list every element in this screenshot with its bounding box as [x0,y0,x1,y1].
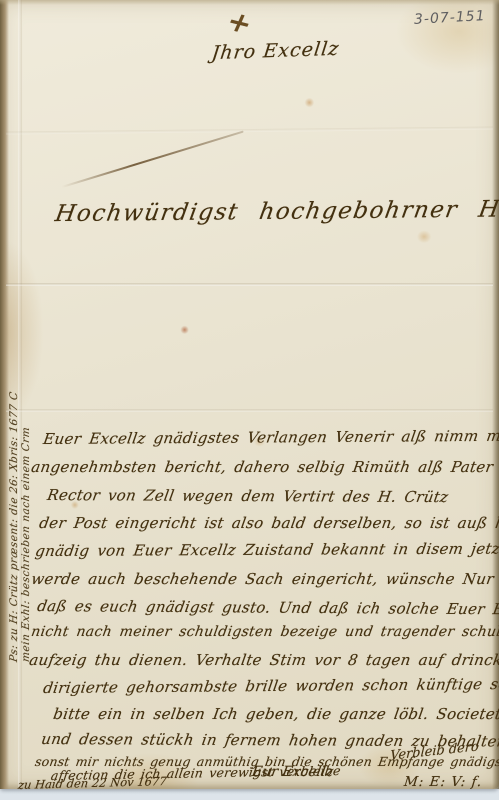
body-line: daß es euch gnädigst gusto. Und daß ich … [36,597,499,619]
body-line: angenehmbsten bericht, dahero selbig Rim… [30,458,495,476]
body-line: bitte ein in selben Ich geben, die ganze… [52,705,499,723]
body-line: werde auch beschehende Sach eingericht, … [30,570,495,588]
body-line: aufzeig thu dienen. Verhalte Stim vor 8 … [28,651,499,669]
dateline: zu Haid den 22 Nov 1677 [17,774,167,792]
archive-number: 3-07-151 [414,8,486,28]
margin-note-line: mein Exhl: beschrieben nach einem Crm [20,257,32,663]
body-line: nicht nach meiner schuldigsten bezeige u… [30,624,499,640]
paper-top-edge [0,0,499,5]
fold-crease [6,409,493,412]
body-line: Euer Excellz gnädigstes Verlangen Veneri… [42,427,499,448]
body-line: Rector von Zell wegen dem Vertirt des H.… [46,486,450,506]
body-line: der Post eingericht ist also bald dersel… [38,514,499,532]
fold-crease [6,126,493,134]
body-line: dirigierte gehorsambste brille worden sc… [42,675,499,697]
body-line: gnädig von Euer Excellz Zuistand bekannt… [34,539,499,560]
paper-right-edge [492,0,499,789]
margin-note-line: Ps: zu H: Crütz præsent: die 26: Xbris: … [8,257,20,663]
signature: M: E: V: f. [403,774,483,790]
letter-paper: 3-07-151 + Jhro Excellz Hochwürdigst hoc… [0,0,499,789]
salutation: Hochwürdigst hochgebohrner Herr Herr 6 [53,195,499,227]
cross-mark: + [222,4,258,40]
photo-background: 3-07-151 + Jhro Excellz Hochwürdigst hoc… [0,0,499,800]
address-inscription: Jhro Excellz [210,38,340,64]
fold-crease [6,283,493,286]
salutation-flourish [61,131,243,188]
margin-note: Ps: zu H: Crütz præsent: die 26: Xbris: … [8,258,32,662]
closing-address: Eur Excellz [251,764,334,780]
